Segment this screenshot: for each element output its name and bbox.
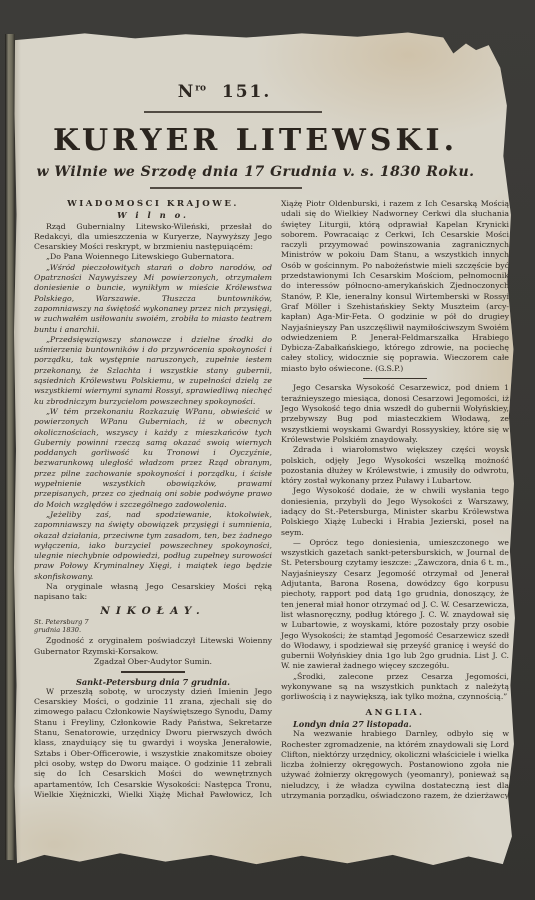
text-rule xyxy=(363,378,427,379)
paragraph: „Do Pana Woiennego Litewskiego Gubernato… xyxy=(34,252,272,262)
paragraph: Na wezwanie hrabiego Darnley, odbyło się… xyxy=(281,729,509,799)
scanned-newspaper-page: { "page": { "kind": "historical newspape… xyxy=(0,0,535,900)
paragraph: — Oprócz tego doniesienia, umieszczonego… xyxy=(281,538,509,672)
masthead-rule-top xyxy=(144,111,322,113)
section-heading-anglia: ANGLIA. xyxy=(281,708,509,718)
paragraph: Xiążę Piotr Oldenburski, i razem z Ich C… xyxy=(281,199,509,374)
underlying-page-edge xyxy=(5,34,15,860)
paragraph: „Wśród pieczołowitych starań o dobro nar… xyxy=(34,263,272,335)
body-columns: WIADOMOŚCI KRAJOWE.W i l n o.Rząd Gubern… xyxy=(14,199,519,799)
column-right: Xiążę Piotr Oldenburski, i razem z Ich C… xyxy=(281,199,509,799)
issue-prefix: N xyxy=(178,82,196,102)
paragraph: „Przedsięwziąwszy stanowcze i dzielne śr… xyxy=(34,335,272,407)
section-heading-wiadomosci-krajowe: WIADOMOŚCI KRAJOWE. xyxy=(34,199,272,209)
place-heading-wilno: W i l n o. xyxy=(34,210,272,220)
masthead: Nro 151. KURYER LITEWSKI. w Wilnie we Sr… xyxy=(14,30,519,189)
newspaper-dateline: w Wilnie we Srzodę dnia 17 Grudnia v. s.… xyxy=(14,164,497,180)
paragraph: Na oryginale własną Jego Cesarskiey Mośc… xyxy=(34,582,272,603)
attestation-auditor: Zgadzał Ober-Audytor Sumin. xyxy=(34,657,272,667)
paragraph: Jego Wysokość dodaie, że w chwili wysłan… xyxy=(281,486,509,537)
date-note: St. Petersburg 7grudnia 1830. xyxy=(34,618,272,634)
paragraph: „W tém przekonaniu Rozkazuię WPanu, obwi… xyxy=(34,407,272,510)
dateline-heading-petersburg: Sankt-Petersburg dnia 7 grudnia. xyxy=(34,677,272,687)
dateline-heading-londyn: Londyn dnia 27 listopada. xyxy=(281,719,509,729)
paragraph: Jego Cesarska Wysokość Cesarzewicz, pod … xyxy=(281,383,509,445)
paragraph: Rząd Gubernialny Litewsko-Wileński, prze… xyxy=(34,222,272,253)
issue-number: Nro 151. xyxy=(14,82,435,102)
text-rule xyxy=(121,671,185,672)
paragraph: „Jeżeliby zaś, nad spodziewanie, ktokolw… xyxy=(34,510,272,582)
royal-signature: NIKOŁAY. xyxy=(34,606,272,616)
attestation: Zgodność z oryginałem poświadczył Litews… xyxy=(34,636,272,657)
paragraph: Zdrada i wiarołomstwo większey części wo… xyxy=(281,445,509,486)
column-left: WIADOMOŚCI KRAJOWE.W i l n o.Rząd Gubern… xyxy=(34,199,272,799)
paragraph: „Środki, zalecone przez Cesarza Jegomośc… xyxy=(281,672,509,703)
masthead-rule-bottom xyxy=(150,187,302,189)
newspaper-title: KURYER LITEWSKI. xyxy=(14,123,497,158)
newspaper-sheet: Nro 151. KURYER LITEWSKI. w Wilnie we Sr… xyxy=(14,30,519,870)
paragraph: W przeszłą sobotę, w uroczysty dzień Imi… xyxy=(34,687,272,799)
issue-value: 151. xyxy=(222,82,271,102)
issue-superscript: ro xyxy=(195,83,206,93)
